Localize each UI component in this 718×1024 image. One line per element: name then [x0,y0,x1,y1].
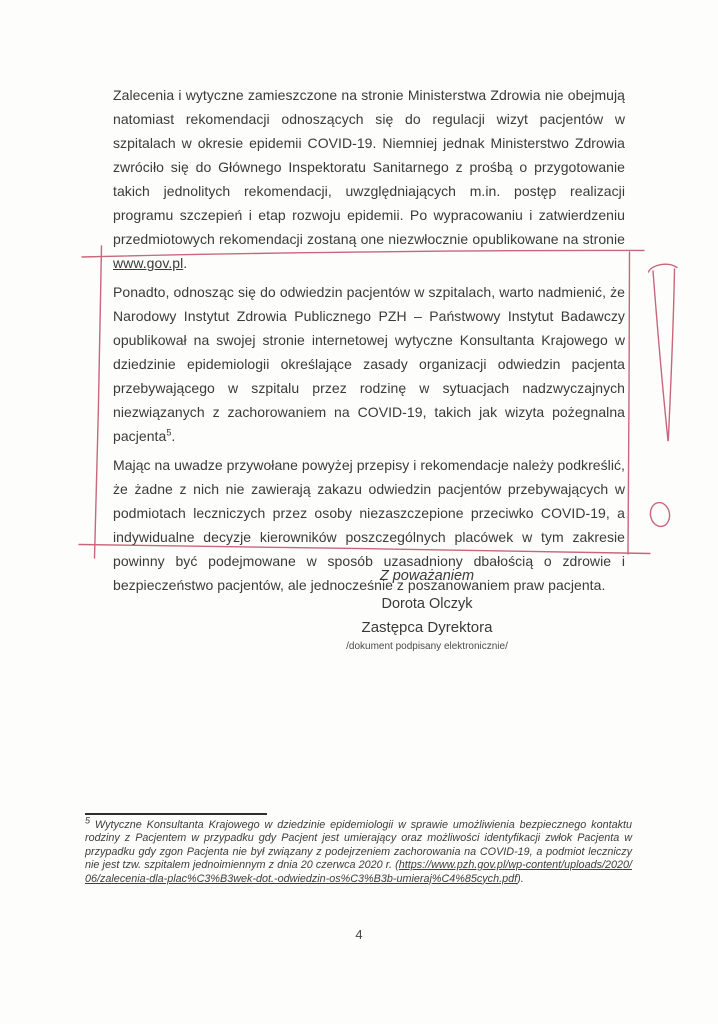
footnote-body: ). [517,873,524,885]
signature-block: Z poważaniem Dorota Olczyk Zastępca Dyre… [252,563,602,655]
paragraph-text: . [183,255,187,271]
electronic-signature-note: /dokument podpisany elektronicznie/ [252,639,602,655]
paragraph-pzh-guidelines: Ponadto, odnosząc się do odwiedzin pacje… [113,280,625,448]
footnote-separator [85,813,267,815]
gov-pl-link[interactable]: www.gov.pl [113,255,183,271]
page-number: 4 [0,927,718,942]
paragraph-text: Ponadto, odnosząc się do odwiedzin pacje… [113,284,625,444]
redpen-box-right-line [628,252,630,554]
signer-name: Dorota Olczyk [252,592,602,616]
paragraph-text: . [171,428,175,444]
redpen-pin-arc [649,264,678,272]
redpen-pin-left-leg [653,271,668,441]
footnote-text: 5 Wytyczne Konsultanta Krajowego w dzied… [85,819,632,886]
paragraph-text: Zalecenia i wytyczne zamieszczone na str… [113,87,625,247]
redpen-box-left-line [95,246,102,558]
letter-body: Zalecenia i wytyczne zamieszczone na str… [113,83,625,602]
redpen-pin-right-leg [668,269,674,441]
redpen-circle-mark [649,501,672,528]
scanned-letter-page: Zalecenia i wytyczne zamieszczone na str… [0,0,718,1024]
paragraph-ministry-recommendations: Zalecenia i wytyczne zamieszczone na str… [113,83,625,275]
signer-title: Zastępca Dyrektora [252,616,602,639]
closing-phrase: Z poważaniem [252,563,602,589]
